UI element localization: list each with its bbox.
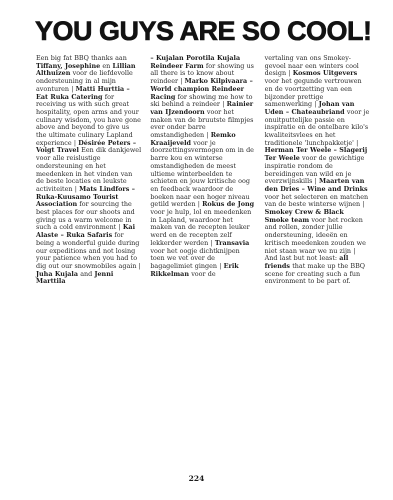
page-number: 224 — [0, 474, 393, 483]
text-column-2: – Kujalan Porotila Kujala Reindeer Farm … — [150, 55, 255, 286]
text-column-3: vertaling van ons Smokey-gevoel naar een… — [265, 55, 370, 286]
credit-text: voor het rocken and rollen, zonder julli… — [265, 216, 366, 263]
text-column-1: Een big fat BBQ thanks aan Tiffany, Jose… — [36, 55, 141, 286]
book-page: YOU GUYS ARE SO COOL! Een big fat BBQ th… — [0, 0, 393, 500]
credit-text: voor je doorzettingsvermogen om in de ba… — [150, 139, 254, 209]
credits-text-block: Een big fat BBQ thanks aan Tiffany, Jose… — [36, 55, 370, 286]
page-title: YOU GUYS ARE SO COOL! — [35, 16, 365, 47]
credit-text: voor het selecteren en matchen van de be… — [265, 193, 368, 209]
credit-text: voor de — [189, 270, 216, 278]
credit-text: and — [78, 270, 94, 278]
